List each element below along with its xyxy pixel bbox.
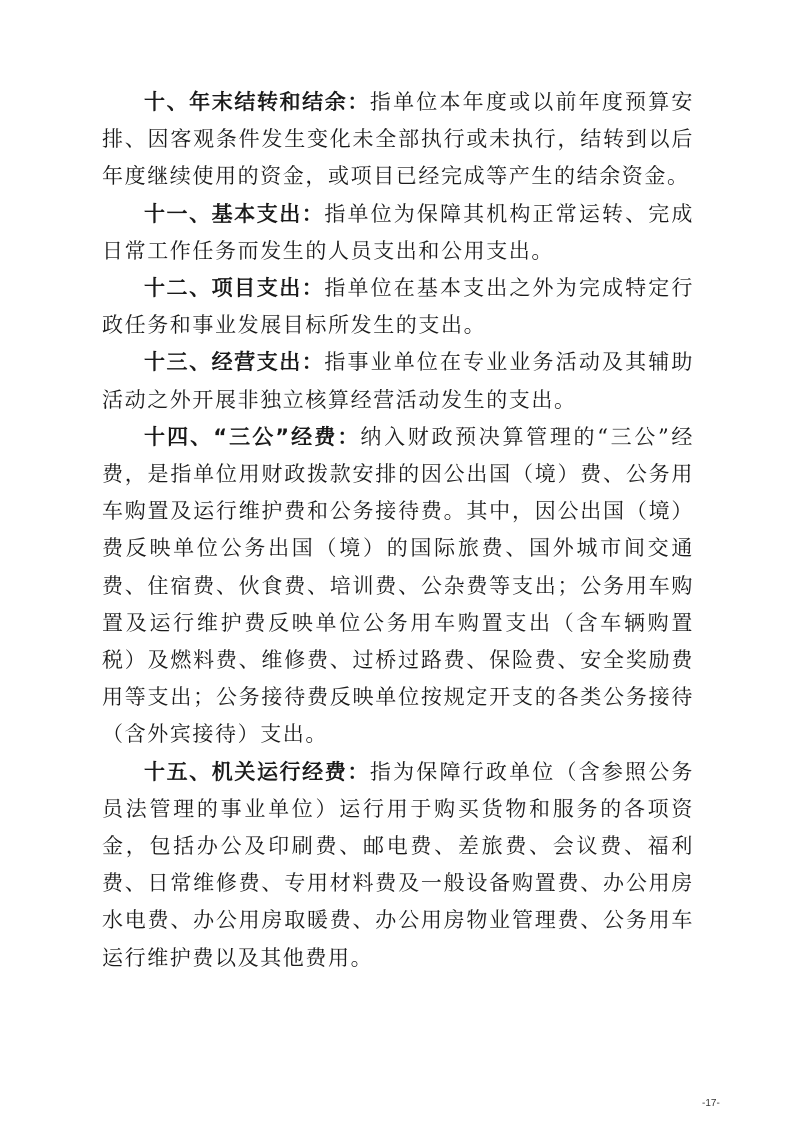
term-definition: 指为保障行政单位（含参照公务员法管理的事业单位）运行用于购买货物和服务的各项资金… [102, 760, 694, 970]
paragraph-basic-expenditure: 十一、基本支出：指单位为保障其机构正常运转、完成日常工作任务而发生的人员支出和公… [102, 196, 694, 270]
document-page: 十、年末结转和结余：指单位本年度或以前年度预算安排、因客观条件发生变化未全部执行… [102, 84, 694, 977]
term-heading: 十四、“三公”经费： [144, 425, 360, 449]
paragraph-year-end-carryover: 十、年末结转和结余：指单位本年度或以前年度预算安排、因客观条件发生变化未全部执行… [102, 84, 694, 196]
paragraph-operating-expenditure: 十三、经营支出：指事业单位在专业业务活动及其辅助活动之外开展非独立核算经营活动发… [102, 344, 694, 418]
term-heading: 十一、基本支出： [144, 202, 324, 226]
term-heading: 十、年末结转和结余： [144, 90, 370, 114]
page-number: -17- [702, 1098, 720, 1109]
paragraph-three-public-expenses: 十四、“三公”经费：纳入财政预决算管理的“三公”经费，是指单位用财政拨款安排的因… [102, 419, 694, 754]
paragraph-agency-operating-funds: 十五、机关运行经费：指为保障行政单位（含参照公务员法管理的事业单位）运行用于购买… [102, 754, 694, 977]
paragraph-project-expenditure: 十二、项目支出：指单位在基本支出之外为完成特定行政任务和事业发展目标所发生的支出… [102, 270, 694, 344]
term-definition: 纳入财政预决算管理的“三公”经费，是指单位用财政拨款安排的因公出国（境）费、公务… [102, 425, 694, 747]
term-heading: 十三、经营支出： [144, 350, 324, 374]
term-heading: 十五、机关运行经费： [144, 760, 370, 784]
term-heading: 十二、项目支出： [144, 276, 324, 300]
